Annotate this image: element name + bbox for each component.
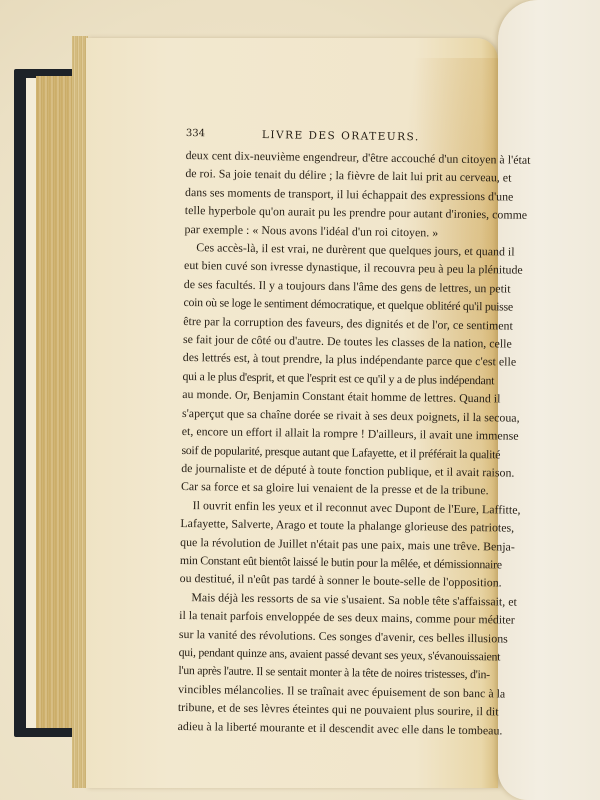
- facing-page-curl: [498, 0, 600, 800]
- paragraph-3: Il ouvrit enfin les yeux et il reconnut …: [180, 496, 493, 592]
- paragraph-4: Mais déjà les ressorts de sa vie s'usaie…: [178, 588, 492, 740]
- paragraph-2: Ces accès-là, il est vrai, ne durèrent q…: [181, 238, 497, 500]
- paragraph-1: deux cent dix-neuvième engendreur, d'êtr…: [184, 146, 497, 242]
- running-head: 334 LIVRE DES ORATEURS.: [186, 128, 498, 148]
- running-head-title: LIVRE DES ORATEURS.: [262, 129, 420, 143]
- page-text: 334 LIVRE DES ORATEURS. deux cent dix-ne…: [178, 128, 498, 739]
- page-number: 334: [186, 128, 205, 139]
